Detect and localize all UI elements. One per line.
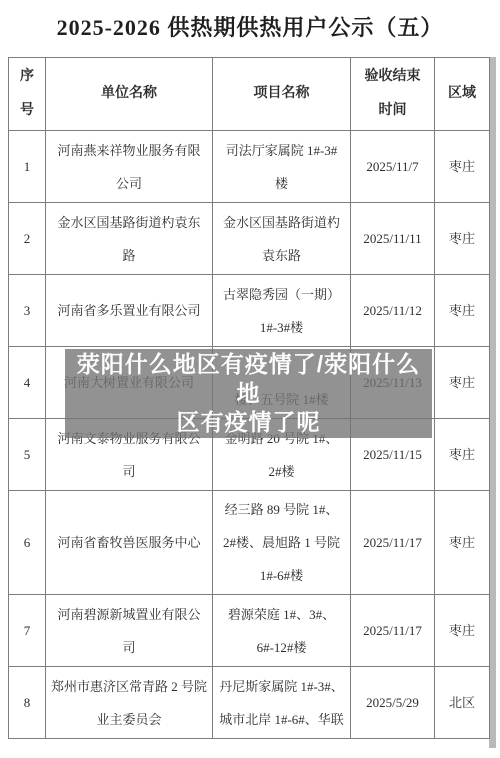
cell-unit: 河南燕来祥物业服务有限 公司 xyxy=(46,131,213,203)
cell-date: 2025/11/17 xyxy=(351,491,435,595)
cell-region: 枣庄 xyxy=(435,491,490,595)
cell-region: 枣庄 xyxy=(435,275,490,347)
cell-no: 4 xyxy=(9,347,46,419)
cell-date: 2025/11/11 xyxy=(351,203,435,275)
cell-no: 5 xyxy=(9,419,46,491)
cell-region: 枣庄 xyxy=(435,347,490,419)
cell-date: 2025/11/7 xyxy=(351,131,435,203)
cell-date: 2025/11/12 xyxy=(351,275,435,347)
cell-project: 经三路 89 号院 1#、 2#楼、晨旭路 1 号院 1#-6#楼 xyxy=(213,491,351,595)
cell-project: 金水区国基路街道杓 袁东路 xyxy=(213,203,351,275)
cell-no: 1 xyxy=(9,131,46,203)
page-edge-shadow xyxy=(489,57,496,748)
cell-region: 枣庄 xyxy=(435,419,490,491)
cell-unit: 河南省多乐置业有限公司 xyxy=(46,275,213,347)
cell-no: 7 xyxy=(9,595,46,667)
cell-no: 6 xyxy=(9,491,46,595)
header-date: 验收结束 时间 xyxy=(351,58,435,131)
page-title: 2025-2026 供热期供热用户公示（五） xyxy=(0,11,500,42)
cell-unit: 郑州市惠济区常青路 2 号院 业主委员会 xyxy=(46,667,213,739)
cell-region: 北区 xyxy=(435,667,490,739)
cell-project: 古翠隐秀园（一期） 1#-3#楼 xyxy=(213,275,351,347)
cell-date: 2025/11/17 xyxy=(351,595,435,667)
cell-unit: 金水区国基路街道杓袁东 路 xyxy=(46,203,213,275)
cell-unit: 河南碧源新城置业有限公 司 xyxy=(46,595,213,667)
header-no: 序 号 xyxy=(9,58,46,131)
cell-no: 3 xyxy=(9,275,46,347)
cell-unit: 河南省畜牧兽医服务中心 xyxy=(46,491,213,595)
watermark-caption-overlay: 荥阳什么地区有疫情了/荥阳什么地 区有疫情了呢 xyxy=(65,349,432,438)
watermark-caption-line2: 区有疫情了呢 xyxy=(67,408,430,437)
cell-no: 8 xyxy=(9,667,46,739)
cell-region: 枣庄 xyxy=(435,131,490,203)
cell-region: 枣庄 xyxy=(435,203,490,275)
cell-date: 2025/5/29 xyxy=(351,667,435,739)
header-region: 区域 xyxy=(435,58,490,131)
watermark-caption-line1: 荥阳什么地区有疫情了/荥阳什么地 xyxy=(67,350,430,408)
document-page: 2025-2026 供热期供热用户公示（五） 序 号 单位名称 项目名称 验收结… xyxy=(0,0,500,758)
header-project: 项目名称 xyxy=(213,58,351,131)
cell-region: 枣庄 xyxy=(435,595,490,667)
cell-no: 2 xyxy=(9,203,46,275)
cell-project: 碧源荣庭 1#、3#、 6#-12#楼 xyxy=(213,595,351,667)
cell-project: 丹尼斯家属院 1#-3#、 城市北岸 1#-6#、华联 xyxy=(213,667,351,739)
cell-project: 司法厅家属院 1#-3# 楼 xyxy=(213,131,351,203)
header-unit: 单位名称 xyxy=(46,58,213,131)
